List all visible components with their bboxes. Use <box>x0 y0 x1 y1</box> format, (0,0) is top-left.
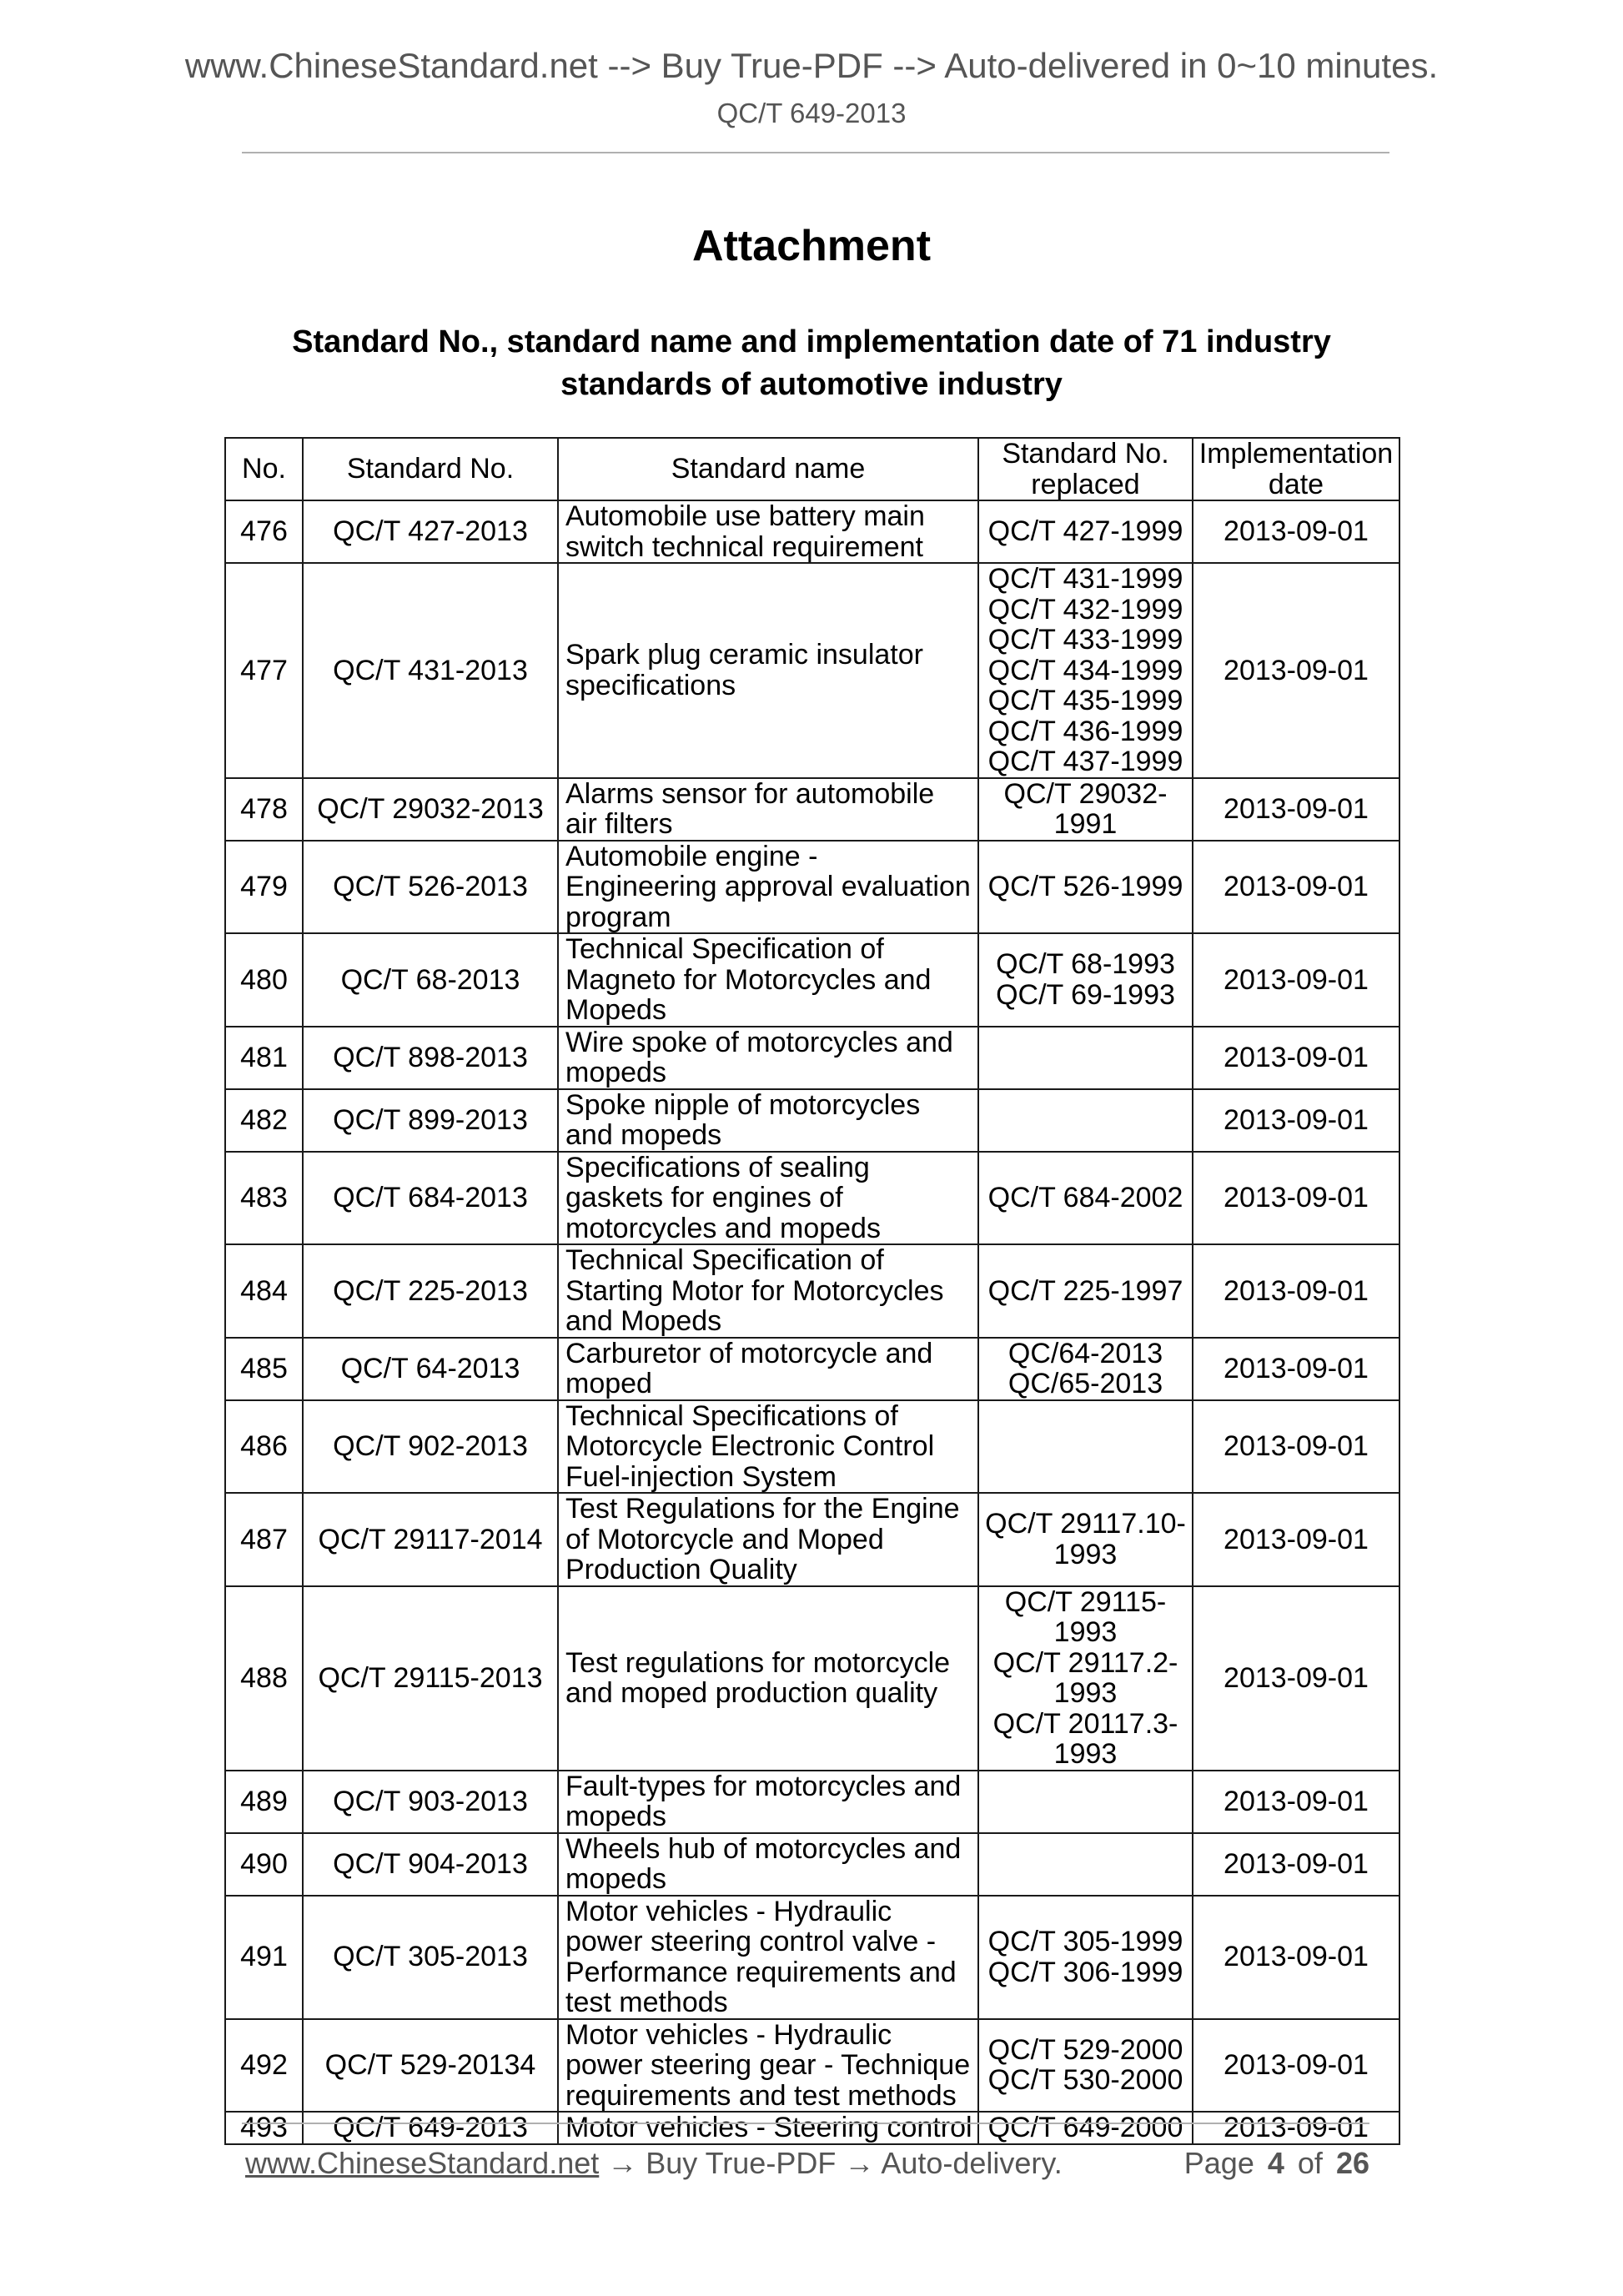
column-header-implementation-date: Implementation date <box>1193 438 1399 500</box>
cell-standard-no: QC/T 526-2013 <box>303 841 558 934</box>
table-row: 493QC/T 649-2013Motor vehicles - Steerin… <box>225 2112 1399 2144</box>
cell-implementation-date: 2013-09-01 <box>1193 1244 1399 1338</box>
cell-replaced: QC/T 225-1997 <box>978 1244 1193 1338</box>
cell-standard-no: QC/T 899-2013 <box>303 1089 558 1152</box>
cell-standard-no: QC/T 902-2013 <box>303 1400 558 1494</box>
column-header-standard-no: Standard No. <box>303 438 558 500</box>
cell-standard-no: QC/T 529-20134 <box>303 2019 558 2113</box>
cell-replaced: QC/T 431-1999 QC/T 432-1999 QC/T 433-199… <box>978 563 1193 778</box>
cell-implementation-date: 2013-09-01 <box>1193 2019 1399 2113</box>
cell-replaced <box>978 1771 1193 1833</box>
table-row: 477QC/T 431-2013Spark plug ceramic insul… <box>225 563 1399 778</box>
page-label: Page <box>1184 2146 1254 2180</box>
cell-no: 488 <box>225 1586 303 1771</box>
cell-standard-no: QC/T 64-2013 <box>303 1338 558 1400</box>
table-row: 481QC/T 898-2013Wire spoke of motorcycle… <box>225 1027 1399 1089</box>
cell-replaced <box>978 1027 1193 1089</box>
table-row: 479QC/T 526-2013Automobile engine - Engi… <box>225 841 1399 934</box>
cell-no: 482 <box>225 1089 303 1152</box>
cell-replaced <box>978 1089 1193 1152</box>
column-header-replaced: Standard No. replaced <box>978 438 1193 500</box>
cell-implementation-date: 2013-09-01 <box>1193 1338 1399 1400</box>
cell-standard-name: Spark plug ceramic insulator specificati… <box>558 563 978 778</box>
table-row: 483QC/T 684-2013Specifications of sealin… <box>225 1152 1399 1245</box>
cell-replaced: QC/64-2013 QC/65-2013 <box>978 1338 1193 1400</box>
cell-standard-name: Technical Specifications of Motorcycle E… <box>558 1400 978 1494</box>
cell-standard-name: Test regulations for motorcycle and mope… <box>558 1586 978 1771</box>
cell-standard-no: QC/T 68-2013 <box>303 933 558 1027</box>
cell-no: 481 <box>225 1027 303 1089</box>
cell-no: 485 <box>225 1338 303 1400</box>
cell-implementation-date: 2013-09-01 <box>1193 1833 1399 1896</box>
table-row: 492QC/T 529-20134Motor vehicles - Hydrau… <box>225 2019 1399 2113</box>
cell-no: 486 <box>225 1400 303 1494</box>
cell-implementation-date: 2013-09-01 <box>1193 1493 1399 1586</box>
standards-table: No. Standard No. Standard name Standard … <box>224 437 1400 2145</box>
cell-standard-name: Test Regulations for the Engine of Motor… <box>558 1493 978 1586</box>
table-caption: Standard No., standard name and implemen… <box>250 321 1373 406</box>
cell-standard-name: Technical Specification of Magneto for M… <box>558 933 978 1027</box>
cell-implementation-date: 2013-09-01 <box>1193 1152 1399 1245</box>
cell-standard-name: Spoke nipple of motorcycles and mopeds <box>558 1089 978 1152</box>
cell-standard-no: QC/T 903-2013 <box>303 1771 558 1833</box>
cell-replaced <box>978 1833 1193 1896</box>
table-row: 482QC/T 899-2013Spoke nipple of motorcyc… <box>225 1089 1399 1152</box>
table-row: 484QC/T 225-2013Technical Specification … <box>225 1244 1399 1338</box>
cell-implementation-date: 2013-09-01 <box>1193 1027 1399 1089</box>
cell-replaced: QC/T 526-1999 <box>978 841 1193 934</box>
cell-standard-name: Specifications of sealing gaskets for en… <box>558 1152 978 1245</box>
cell-standard-no: QC/T 29032-2013 <box>303 778 558 841</box>
table-row: 480QC/T 68-2013Technical Specification o… <box>225 933 1399 1027</box>
cell-replaced <box>978 1400 1193 1494</box>
cell-standard-no: QC/T 225-2013 <box>303 1244 558 1338</box>
cell-no: 491 <box>225 1896 303 2019</box>
cell-implementation-date: 2013-09-01 <box>1193 563 1399 778</box>
page-of: of <box>1298 2146 1323 2180</box>
header-doc-code: QC/T 649-2013 <box>0 97 1623 130</box>
cell-standard-name: Motor vehicles - Hydraulic power steerin… <box>558 2019 978 2113</box>
cell-no: 477 <box>225 563 303 778</box>
cell-standard-no: QC/T 29117-2014 <box>303 1493 558 1586</box>
cell-standard-name: Automobile use battery main switch techn… <box>558 500 978 563</box>
cell-replaced: QC/T 649-2000 <box>978 2112 1193 2144</box>
cell-replaced: QC/T 529-2000 QC/T 530-2000 <box>978 2019 1193 2113</box>
cell-implementation-date: 2013-09-01 <box>1193 1586 1399 1771</box>
header-divider <box>242 152 1389 153</box>
cell-implementation-date: 2013-09-01 <box>1193 1400 1399 1494</box>
footer-site-link[interactable]: www.ChineseStandard.net <box>245 2146 599 2180</box>
cell-implementation-date: 2013-09-01 <box>1193 1089 1399 1152</box>
cell-standard-no: QC/T 904-2013 <box>303 1833 558 1896</box>
table-row: 478QC/T 29032-2013Alarms sensor for auto… <box>225 778 1399 841</box>
cell-standard-no: QC/T 305-2013 <box>303 1896 558 2019</box>
cell-no: 483 <box>225 1152 303 1245</box>
cell-no: 487 <box>225 1493 303 1586</box>
table-row: 476QC/T 427-2013Automobile use battery m… <box>225 500 1399 563</box>
footer-promo-text: → Buy True-PDF → Auto-delivery. <box>599 2146 1063 2180</box>
cell-standard-no: QC/T 431-2013 <box>303 563 558 778</box>
cell-implementation-date: 2013-09-01 <box>1193 1771 1399 1833</box>
cell-no: 476 <box>225 500 303 563</box>
cell-standard-no: QC/T 649-2013 <box>303 2112 558 2144</box>
page-current: 4 <box>1268 2146 1284 2180</box>
cell-replaced: QC/T 29115- 1993 QC/T 29117.2- 1993 QC/T… <box>978 1586 1193 1771</box>
header-banner: www.ChineseStandard.net --> Buy True-PDF… <box>0 45 1623 87</box>
table-row: 486QC/T 902-2013Technical Specifications… <box>225 1400 1399 1494</box>
cell-standard-name: Motor vehicles - Steering control <box>558 2112 978 2144</box>
cell-standard-name: Wheels hub of motorcycles and mopeds <box>558 1833 978 1896</box>
page-title: Attachment <box>0 221 1623 271</box>
table-row: 490QC/T 904-2013Wheels hub of motorcycle… <box>225 1833 1399 1896</box>
cell-standard-name: Carburetor of motorcycle and moped <box>558 1338 978 1400</box>
cell-standard-no: QC/T 29115-2013 <box>303 1586 558 1771</box>
cell-replaced: QC/T 29117.10- 1993 <box>978 1493 1193 1586</box>
column-header-no: No. <box>225 438 303 500</box>
cell-replaced: QC/T 427-1999 <box>978 500 1193 563</box>
footer-promo: www.ChineseStandard.net → Buy True-PDF →… <box>245 2145 1063 2182</box>
cell-no: 492 <box>225 2019 303 2113</box>
page-total: 26 <box>1336 2146 1369 2180</box>
cell-no: 490 <box>225 1833 303 1896</box>
cell-standard-name: Wire spoke of motorcycles and mopeds <box>558 1027 978 1089</box>
footer-divider <box>242 2123 1369 2124</box>
cell-standard-name: Technical Specification of Starting Moto… <box>558 1244 978 1338</box>
table-row: 485QC/T 64-2013Carburetor of motorcycle … <box>225 1338 1399 1400</box>
table-header-row: No. Standard No. Standard name Standard … <box>225 438 1399 500</box>
cell-implementation-date: 2013-09-01 <box>1193 1896 1399 2019</box>
cell-implementation-date: 2013-09-01 <box>1193 841 1399 934</box>
cell-replaced: QC/T 305-1999 QC/T 306-1999 <box>978 1896 1193 2019</box>
cell-standard-name: Motor vehicles - Hydraulic power steerin… <box>558 1896 978 2019</box>
cell-no: 489 <box>225 1771 303 1833</box>
cell-standard-no: QC/T 898-2013 <box>303 1027 558 1089</box>
cell-standard-name: Alarms sensor for automobile air filters <box>558 778 978 841</box>
cell-no: 480 <box>225 933 303 1027</box>
cell-no: 478 <box>225 778 303 841</box>
cell-replaced: QC/T 684-2002 <box>978 1152 1193 1245</box>
cell-implementation-date: 2013-09-01 <box>1193 2112 1399 2144</box>
table-row: 491QC/T 305-2013Motor vehicles - Hydraul… <box>225 1896 1399 2019</box>
cell-no: 484 <box>225 1244 303 1338</box>
cell-standard-no: QC/T 427-2013 <box>303 500 558 563</box>
cell-standard-no: QC/T 684-2013 <box>303 1152 558 1245</box>
table-row: 489QC/T 903-2013Fault-types for motorcyc… <box>225 1771 1399 1833</box>
cell-replaced: QC/T 29032- 1991 <box>978 778 1193 841</box>
cell-standard-name: Fault-types for motorcycles and mopeds <box>558 1771 978 1833</box>
table-row: 488QC/T 29115-2013Test regulations for m… <box>225 1586 1399 1771</box>
cell-standard-name: Automobile engine - Engineering approval… <box>558 841 978 934</box>
cell-no: 479 <box>225 841 303 934</box>
cell-implementation-date: 2013-09-01 <box>1193 933 1399 1027</box>
page-indicator: Page 4 of 26 <box>1184 2145 1369 2182</box>
cell-implementation-date: 2013-09-01 <box>1193 500 1399 563</box>
column-header-standard-name: Standard name <box>558 438 978 500</box>
table-row: 487QC/T 29117-2014Test Regulations for t… <box>225 1493 1399 1586</box>
cell-no: 493 <box>225 2112 303 2144</box>
cell-replaced: QC/T 68-1993 QC/T 69-1993 <box>978 933 1193 1027</box>
cell-implementation-date: 2013-09-01 <box>1193 778 1399 841</box>
